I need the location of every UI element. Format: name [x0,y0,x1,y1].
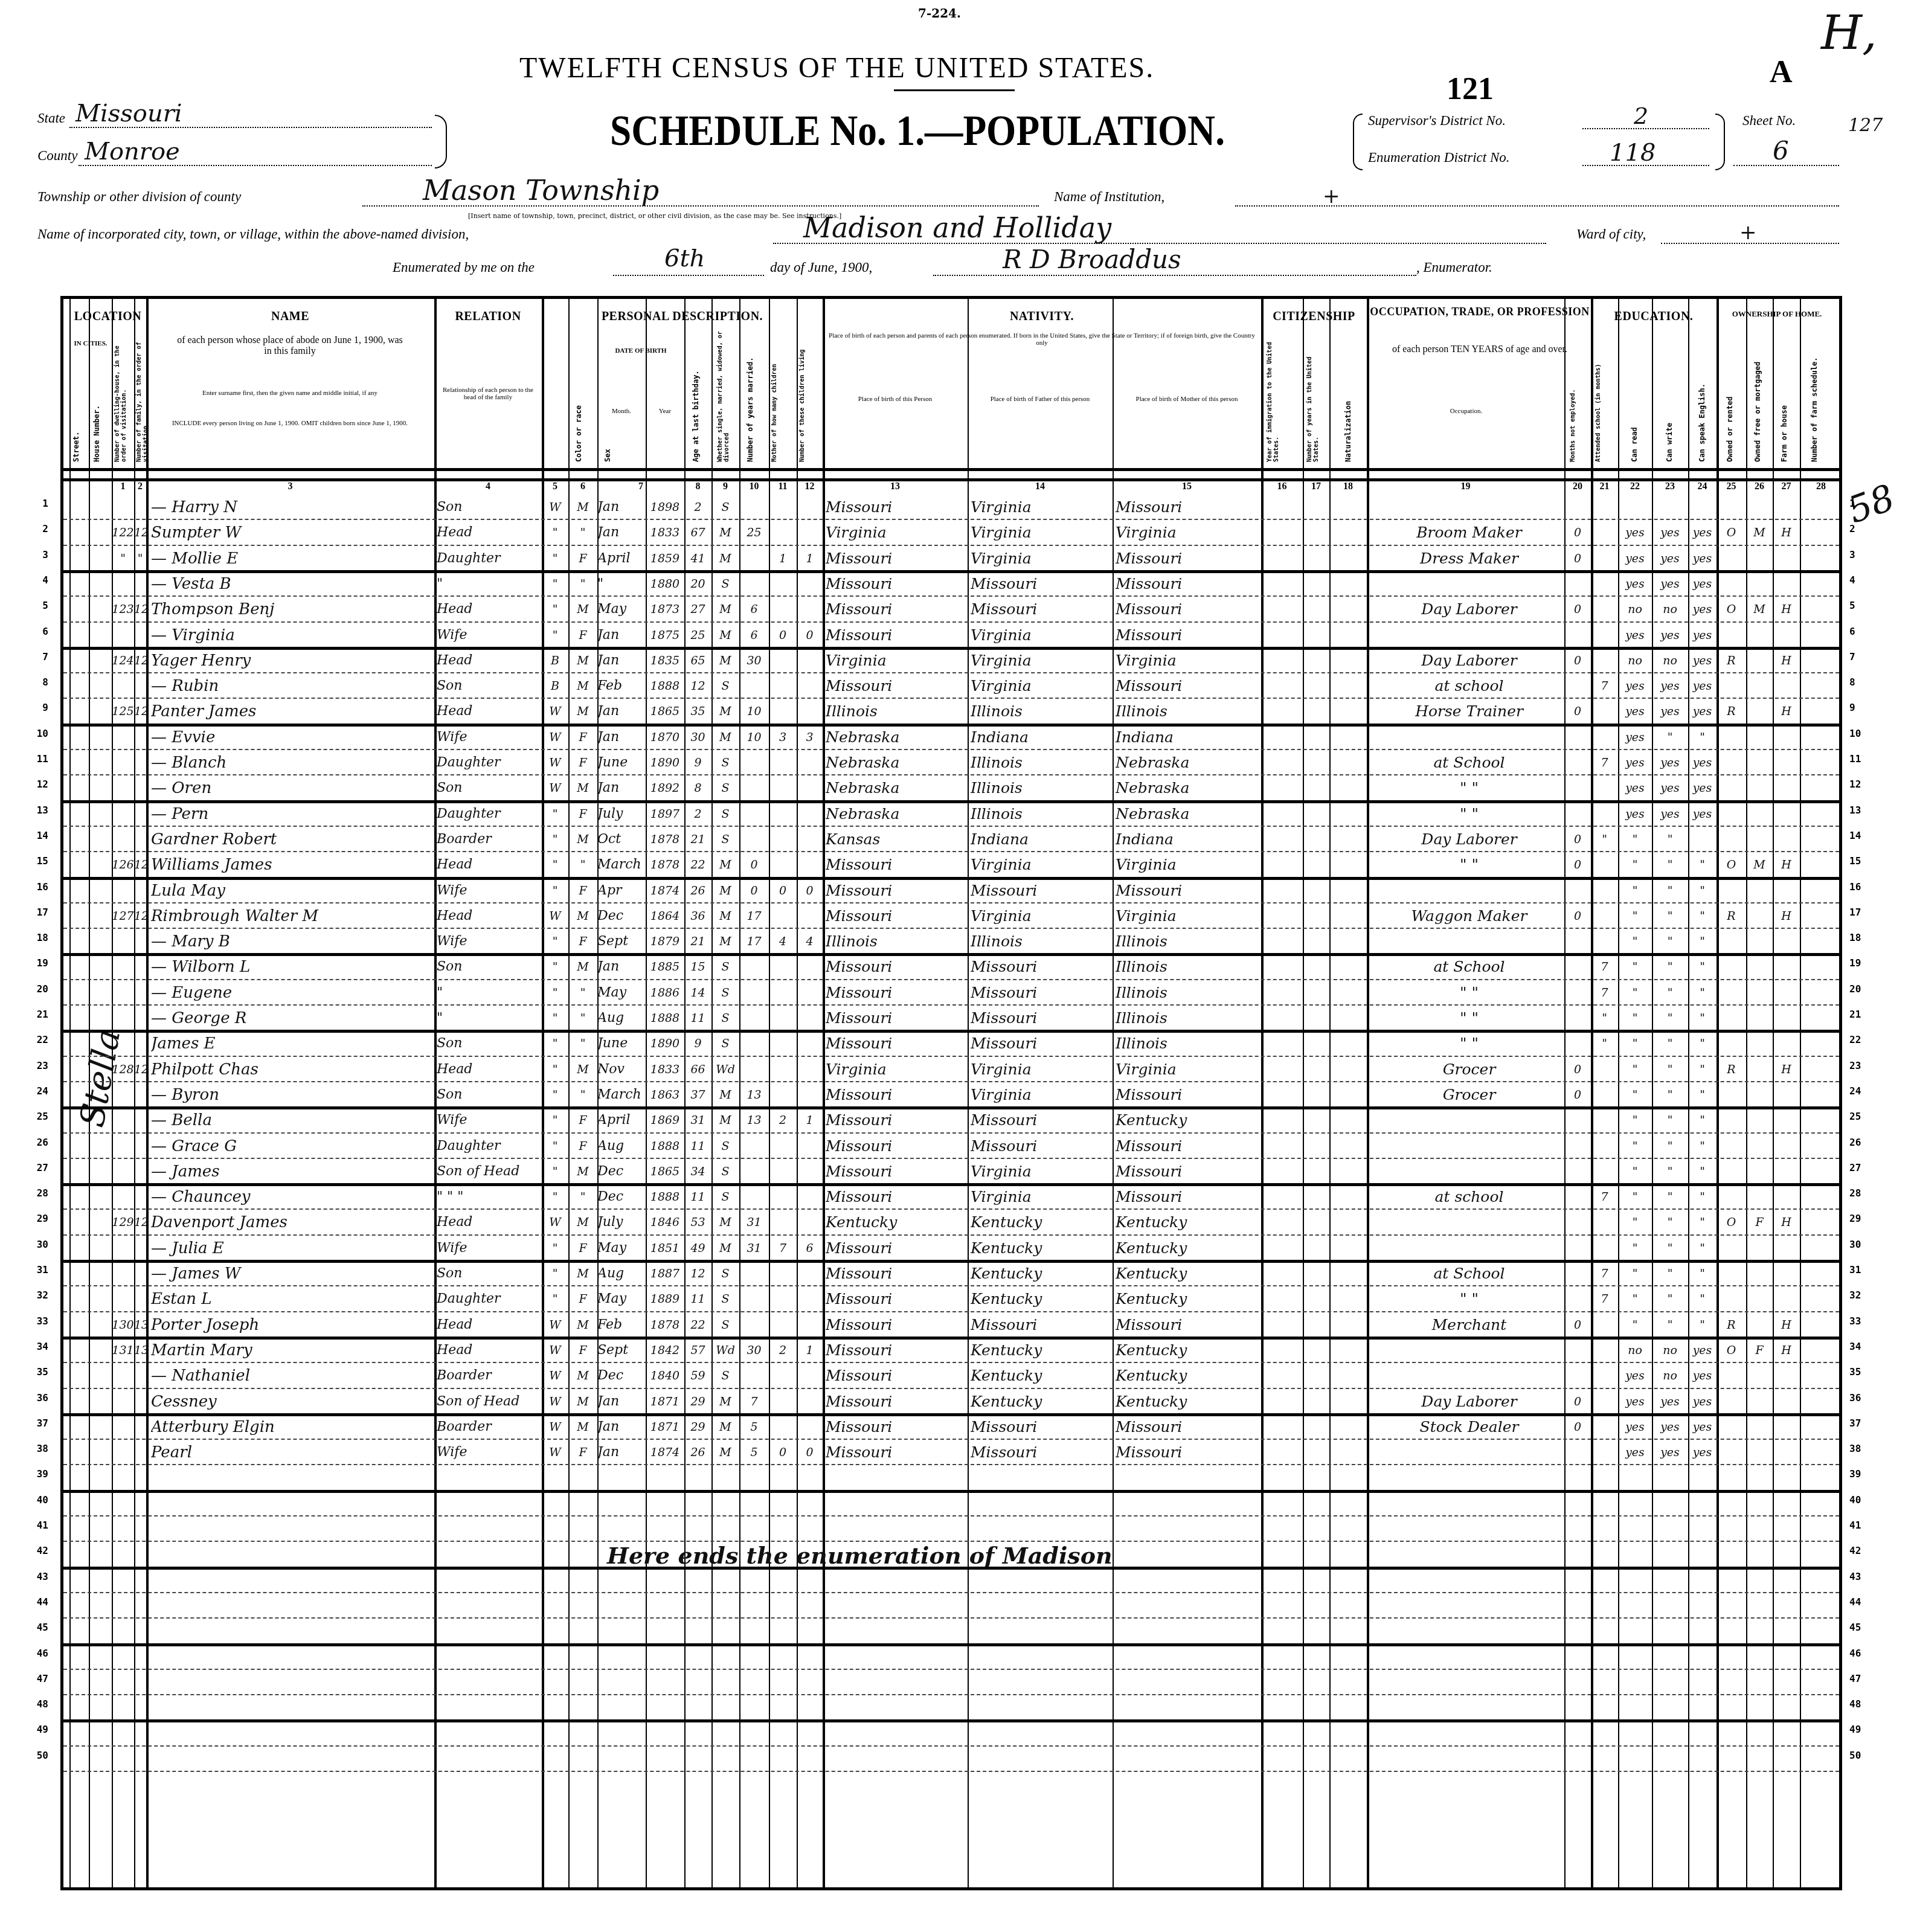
cell-fm[interactable] [1746,800,1773,826]
cell-sch[interactable] [1591,800,1618,826]
cell-liv[interactable] [797,1362,823,1387]
cell-sch[interactable]: 7 [1591,749,1618,774]
cell-liv[interactable] [797,1158,823,1183]
cell-color[interactable]: " [542,1183,568,1208]
cell-liv[interactable]: 0 [797,1439,823,1464]
cell-sch[interactable] [1591,1056,1618,1081]
cell-own[interactable] [1716,570,1746,595]
cell-ym[interactable]: 0 [739,877,769,902]
cell-liv[interactable]: 4 [797,928,823,953]
cell-read[interactable]: " [1618,1311,1652,1337]
cell-write[interactable]: yes [1652,1413,1688,1439]
cell-bm[interactable]: Nebraska [1116,774,1261,800]
cell-bm[interactable]: Illinois [1116,928,1261,953]
cell-bm[interactable]: Illinois [1116,953,1261,978]
cell-name[interactable]: Rimbrough Walter M [151,902,434,928]
cell-fam[interactable] [134,800,146,826]
cell-bp[interactable]: Missouri [826,1158,968,1183]
cell-dw[interactable] [112,1439,134,1464]
cell-bm[interactable]: Kentucky [1116,1362,1261,1387]
cell-ym[interactable] [739,1285,769,1311]
cell-month[interactable]: Sept [597,928,646,953]
cell-bm[interactable]: Missouri [1116,1413,1261,1439]
cell-liv[interactable] [797,1260,823,1285]
cell-write[interactable]: " [1652,979,1688,1004]
cell-sex[interactable]: F [568,928,597,953]
cell-eng[interactable]: yes [1688,647,1716,672]
cell-bp[interactable]: Nebraska [826,749,968,774]
cell-moth[interactable]: 4 [769,928,797,953]
cell-color[interactable]: " [542,877,568,902]
cell-bf[interactable]: Illinois [971,774,1113,800]
cell-age[interactable]: 35 [684,698,711,723]
cell-bf[interactable]: Kentucky [971,1285,1113,1311]
cell-rel[interactable]: Daughter [437,545,542,570]
cell-fm[interactable]: F [1746,1337,1773,1362]
cell-bf[interactable]: Illinois [971,698,1113,723]
cell-fh[interactable] [1773,621,1800,647]
cell-color[interactable]: " [542,1106,568,1132]
cell-sex[interactable]: M [568,493,597,519]
cell-mar[interactable]: M [711,1106,739,1132]
cell-year[interactable]: 1871 [646,1388,684,1413]
cell-fh[interactable] [1773,928,1800,953]
cell-sex[interactable]: " [568,1081,597,1106]
cell-mar[interactable]: M [711,724,739,749]
cell-fam[interactable]: 130 [134,1311,146,1337]
cell-year[interactable]: 1864 [646,902,684,928]
cell-own[interactable] [1716,877,1746,902]
cell-color[interactable]: " [542,595,568,621]
cell-month[interactable]: Nov [597,1056,646,1081]
cell-liv[interactable] [797,698,823,723]
cell-bp[interactable]: Kentucky [826,1208,968,1234]
cell-age[interactable]: 2 [684,800,711,826]
cell-fh[interactable] [1773,953,1800,978]
cell-month[interactable]: Jan [597,1413,646,1439]
cell-dw[interactable]: 131 [112,1337,134,1362]
cell-fam[interactable] [134,774,146,800]
cell-fm[interactable] [1746,928,1773,953]
cell-year[interactable]: 1888 [646,1004,684,1030]
cell-own[interactable] [1716,1132,1746,1158]
cell-fam[interactable] [134,979,146,1004]
cell-rel[interactable]: Wife [437,1106,542,1132]
cell-read[interactable] [1618,493,1652,519]
cell-liv[interactable] [797,570,823,595]
cell-liv[interactable]: 1 [797,1337,823,1362]
cell-age[interactable]: 49 [684,1234,711,1260]
cell-ym[interactable] [739,979,769,1004]
cell-eng[interactable] [1688,493,1716,519]
cell-dw[interactable] [112,1362,134,1387]
cell-mu[interactable]: 0 [1564,826,1591,851]
cell-age[interactable]: 30 [684,724,711,749]
cell-fam[interactable]: 125 [134,698,146,723]
cell-bf[interactable]: Kentucky [971,1362,1113,1387]
cell-fm[interactable]: M [1746,519,1773,544]
cell-rel[interactable]: Head [437,595,542,621]
cell-sch[interactable]: 7 [1591,1260,1618,1285]
cell-sch[interactable]: " [1591,826,1618,851]
cell-fm[interactable] [1746,953,1773,978]
cell-bp[interactable]: Missouri [826,1311,968,1337]
cell-sch[interactable] [1591,519,1618,544]
cell-color[interactable]: W [542,774,568,800]
cell-mar[interactable]: S [711,749,739,774]
cell-mu[interactable] [1564,800,1591,826]
cell-bf[interactable]: Virginia [971,1158,1113,1183]
ward-value[interactable]: + [1739,220,1757,245]
cell-moth[interactable] [769,1208,797,1234]
cell-moth[interactable] [769,1004,797,1030]
cell-year[interactable]: 1833 [646,1056,684,1081]
cell-dw[interactable] [112,1260,134,1285]
cell-mu[interactable]: 0 [1564,698,1591,723]
cell-dw[interactable] [112,1081,134,1106]
cell-ym[interactable]: 6 [739,595,769,621]
cell-own[interactable] [1716,621,1746,647]
cell-fm[interactable] [1746,1439,1773,1464]
cell-fm[interactable] [1746,1132,1773,1158]
cell-read[interactable]: " [1618,979,1652,1004]
township-value[interactable]: Mason Township [423,174,659,207]
cell-liv[interactable]: 6 [797,1234,823,1260]
cell-bm[interactable]: Missouri [1116,1311,1261,1337]
cell-sch[interactable] [1591,1388,1618,1413]
cell-fm[interactable] [1746,1362,1773,1387]
cell-bp[interactable]: Missouri [826,902,968,928]
cell-liv[interactable] [797,1285,823,1311]
cell-sch[interactable] [1591,1132,1618,1158]
cell-liv[interactable] [797,672,823,698]
cell-own[interactable] [1716,724,1746,749]
cell-rel[interactable]: Head [437,647,542,672]
cell-sch[interactable]: 7 [1591,953,1618,978]
cell-occ[interactable] [1374,1337,1564,1362]
cell-own[interactable] [1716,826,1746,851]
cell-year[interactable]: 1833 [646,519,684,544]
cell-fam[interactable]: 122 [134,519,146,544]
cell-color[interactable]: " [542,1081,568,1106]
cell-dw[interactable] [112,672,134,698]
cell-ym[interactable]: 7 [739,1388,769,1413]
cell-moth[interactable] [769,570,797,595]
cell-moth[interactable] [769,953,797,978]
cell-dw[interactable] [112,877,134,902]
cell-write[interactable]: " [1652,902,1688,928]
cell-fh[interactable] [1773,493,1800,519]
cell-rel[interactable]: Daughter [437,800,542,826]
cell-bp[interactable]: Missouri [826,1132,968,1158]
cell-fam[interactable] [134,1234,146,1260]
cell-mu[interactable] [1564,621,1591,647]
cell-age[interactable]: 14 [684,979,711,1004]
cell-read[interactable]: no [1618,595,1652,621]
cell-bp[interactable]: Nebraska [826,724,968,749]
cell-mu[interactable] [1564,953,1591,978]
cell-liv[interactable] [797,1183,823,1208]
cell-own[interactable]: R [1716,1056,1746,1081]
cell-eng[interactable]: " [1688,1081,1716,1106]
cell-eng[interactable]: yes [1688,545,1716,570]
cell-age[interactable]: 11 [684,1183,711,1208]
cell-rel[interactable]: Son [437,1260,542,1285]
cell-fh[interactable] [1773,1260,1800,1285]
cell-age[interactable]: 11 [684,1285,711,1311]
cell-bm[interactable]: Missouri [1116,493,1261,519]
cell-fm[interactable] [1746,1413,1773,1439]
cell-eng[interactable]: yes [1688,595,1716,621]
cell-fm[interactable] [1746,979,1773,1004]
cell-name[interactable]: — Julia E [151,1234,434,1260]
cell-write[interactable]: no [1652,595,1688,621]
cell-age[interactable]: 29 [684,1388,711,1413]
cell-write[interactable]: " [1652,1234,1688,1260]
cell-ym[interactable]: 13 [739,1106,769,1132]
cell-ym[interactable] [739,1183,769,1208]
cell-read[interactable]: " [1618,1132,1652,1158]
cell-fh[interactable] [1773,826,1800,851]
cell-bm[interactable]: Missouri [1116,1132,1261,1158]
cell-ym[interactable] [739,826,769,851]
cell-bf[interactable]: Virginia [971,672,1113,698]
cell-sex[interactable]: " [568,851,597,876]
cell-sex[interactable]: F [568,1234,597,1260]
cell-sex[interactable]: F [568,621,597,647]
cell-write[interactable]: " [1652,1030,1688,1055]
cell-occ[interactable] [1374,877,1564,902]
cell-age[interactable]: 29 [684,1413,711,1439]
cell-liv[interactable] [797,1208,823,1234]
cell-write[interactable]: " [1652,1056,1688,1081]
cell-bp[interactable]: Virginia [826,647,968,672]
cell-ym[interactable]: 0 [739,851,769,876]
cell-bp[interactable]: Missouri [826,1285,968,1311]
cell-bp[interactable]: Missouri [826,1388,968,1413]
cell-name[interactable]: — Vesta B [151,570,434,595]
cell-mu[interactable] [1564,1132,1591,1158]
cell-month[interactable]: Jan [597,774,646,800]
cell-liv[interactable] [797,1081,823,1106]
cell-name[interactable]: — Blanch [151,749,434,774]
cell-sch[interactable] [1591,902,1618,928]
cell-read[interactable]: yes [1618,1439,1652,1464]
cell-mar[interactable]: M [711,851,739,876]
cell-color[interactable]: " [542,545,568,570]
cell-ym[interactable] [739,774,769,800]
cell-dw[interactable]: 126 [112,851,134,876]
cell-moth[interactable] [769,698,797,723]
cell-liv[interactable] [797,519,823,544]
cell-month[interactable]: May [597,979,646,1004]
cell-mar[interactable]: S [711,953,739,978]
cell-read[interactable]: no [1618,647,1652,672]
cell-dw[interactable]: " [112,545,134,570]
cell-moth[interactable] [769,1056,797,1081]
cell-sex[interactable]: F [568,1439,597,1464]
cell-fh[interactable] [1773,570,1800,595]
cell-fm[interactable] [1746,1311,1773,1337]
cell-read[interactable]: " [1618,851,1652,876]
cell-bp[interactable]: Missouri [826,1081,968,1106]
cell-dw[interactable] [112,724,134,749]
cell-age[interactable]: 22 [684,851,711,876]
cell-rel[interactable]: Head [437,1337,542,1362]
cell-color[interactable]: W [542,1208,568,1234]
cell-month[interactable]: Jan [597,1439,646,1464]
cell-fm[interactable] [1746,1260,1773,1285]
cell-occ[interactable] [1374,1439,1564,1464]
cell-eng[interactable]: yes [1688,1337,1716,1362]
cell-rel[interactable]: Boarder [437,826,542,851]
cell-occ[interactable] [1374,1234,1564,1260]
cell-month[interactable]: June [597,1030,646,1055]
cell-mu[interactable] [1564,1106,1591,1132]
cell-read[interactable]: " [1618,1158,1652,1183]
cell-year[interactable]: 1885 [646,953,684,978]
cell-read[interactable]: yes [1618,1362,1652,1387]
cell-occ[interactable]: " " [1374,800,1564,826]
cell-ym[interactable]: 31 [739,1234,769,1260]
cell-fm[interactable] [1746,698,1773,723]
cell-fm[interactable] [1746,774,1773,800]
cell-fm[interactable] [1746,1004,1773,1030]
cell-ym[interactable]: 6 [739,621,769,647]
cell-own[interactable] [1716,1158,1746,1183]
cell-occ[interactable]: " " [1374,979,1564,1004]
cell-liv[interactable] [797,1413,823,1439]
cell-bp[interactable]: Missouri [826,621,968,647]
cell-fam[interactable] [134,724,146,749]
cell-sex[interactable]: F [568,724,597,749]
cell-bm[interactable]: Virginia [1116,902,1261,928]
cell-age[interactable]: 9 [684,749,711,774]
cell-moth[interactable]: 2 [769,1106,797,1132]
cell-liv[interactable] [797,800,823,826]
cell-bp[interactable]: Missouri [826,1183,968,1208]
cell-fh[interactable]: H [1773,1056,1800,1081]
cell-mar[interactable]: M [711,621,739,647]
cell-month[interactable]: Sept [597,1337,646,1362]
cell-mu[interactable] [1564,1362,1591,1387]
cell-read[interactable]: " [1618,877,1652,902]
cell-fh[interactable] [1773,1183,1800,1208]
cell-own[interactable] [1716,1388,1746,1413]
cell-color[interactable]: B [542,647,568,672]
cell-liv[interactable]: 0 [797,621,823,647]
cell-name[interactable]: Atterbury Elgin [151,1413,434,1439]
cell-ym[interactable] [739,1030,769,1055]
cell-age[interactable]: 34 [684,1158,711,1183]
cell-fm[interactable] [1746,493,1773,519]
cell-eng[interactable]: " [1688,1056,1716,1081]
cell-eng[interactable]: yes [1688,519,1716,544]
cell-fh[interactable] [1773,1132,1800,1158]
cell-mu[interactable]: 0 [1564,647,1591,672]
cell-year[interactable]: 1889 [646,1285,684,1311]
cell-fh[interactable]: H [1773,595,1800,621]
cell-sex[interactable]: M [568,595,597,621]
cell-moth[interactable] [769,1260,797,1285]
cell-liv[interactable] [797,1030,823,1055]
cell-bp[interactable]: Missouri [826,1362,968,1387]
cell-moth[interactable] [769,519,797,544]
cell-eng[interactable]: yes [1688,749,1716,774]
cell-mu[interactable]: 0 [1564,851,1591,876]
cell-bm[interactable]: Indiana [1116,724,1261,749]
cell-mu[interactable] [1564,1439,1591,1464]
cell-name[interactable]: Davenport James [151,1208,434,1234]
cell-mu[interactable] [1564,1183,1591,1208]
cell-dw[interactable] [112,800,134,826]
cell-fm[interactable] [1746,877,1773,902]
cell-rel[interactable]: Boarder [437,1413,542,1439]
cell-mu[interactable]: 0 [1564,1413,1591,1439]
cell-sch[interactable]: 7 [1591,979,1618,1004]
cell-occ[interactable]: Grocer [1374,1056,1564,1081]
cell-month[interactable]: May [597,1285,646,1311]
cell-occ[interactable]: at School [1374,749,1564,774]
cell-dw[interactable] [112,953,134,978]
cell-name[interactable]: — Rubin [151,672,434,698]
cell-sex[interactable]: " [568,1030,597,1055]
cell-fh[interactable]: H [1773,1208,1800,1234]
cell-name[interactable]: — Wilborn L [151,953,434,978]
cell-name[interactable]: — Mollie E [151,545,434,570]
cell-mu[interactable] [1564,1004,1591,1030]
cell-age[interactable]: 66 [684,1056,711,1081]
cell-sch[interactable] [1591,1439,1618,1464]
cell-sch[interactable]: " [1591,1030,1618,1055]
cell-mar[interactable]: S [711,1132,739,1158]
cell-ym[interactable] [739,1004,769,1030]
cell-eng[interactable]: " [1688,1234,1716,1260]
cell-bm[interactable]: Kentucky [1116,1234,1261,1260]
cell-eng[interactable]: " [1688,1030,1716,1055]
cell-write[interactable]: " [1652,1208,1688,1234]
cell-occ[interactable]: Day Laborer [1374,1388,1564,1413]
cell-ym[interactable] [739,493,769,519]
cell-name[interactable]: Pearl [151,1439,434,1464]
cell-month[interactable]: May [597,1234,646,1260]
cell-bf[interactable]: Missouri [971,1132,1113,1158]
cell-bp[interactable]: Missouri [826,1413,968,1439]
cell-fm[interactable] [1746,647,1773,672]
cell-bp[interactable]: Illinois [826,698,968,723]
cell-read[interactable]: " [1618,902,1652,928]
cell-bm[interactable]: Virginia [1116,851,1261,876]
cell-write[interactable]: " [1652,826,1688,851]
cell-mu[interactable]: 0 [1564,1081,1591,1106]
cell-mu[interactable] [1564,928,1591,953]
cell-occ[interactable]: Grocer [1374,1081,1564,1106]
cell-bp[interactable]: Missouri [826,1106,968,1132]
cell-bm[interactable]: Missouri [1116,621,1261,647]
cell-name[interactable]: — James W [151,1260,434,1285]
cell-fh[interactable] [1773,1030,1800,1055]
cell-read[interactable]: " [1618,1081,1652,1106]
cell-write[interactable]: yes [1652,672,1688,698]
cell-moth[interactable] [769,1311,797,1337]
cell-fm[interactable] [1746,1056,1773,1081]
cell-fm[interactable] [1746,1285,1773,1311]
cell-year[interactable]: 1887 [646,1260,684,1285]
cell-write[interactable]: " [1652,1106,1688,1132]
cell-liv[interactable]: 1 [797,545,823,570]
cell-bf[interactable]: Virginia [971,545,1113,570]
cell-sex[interactable]: F [568,800,597,826]
